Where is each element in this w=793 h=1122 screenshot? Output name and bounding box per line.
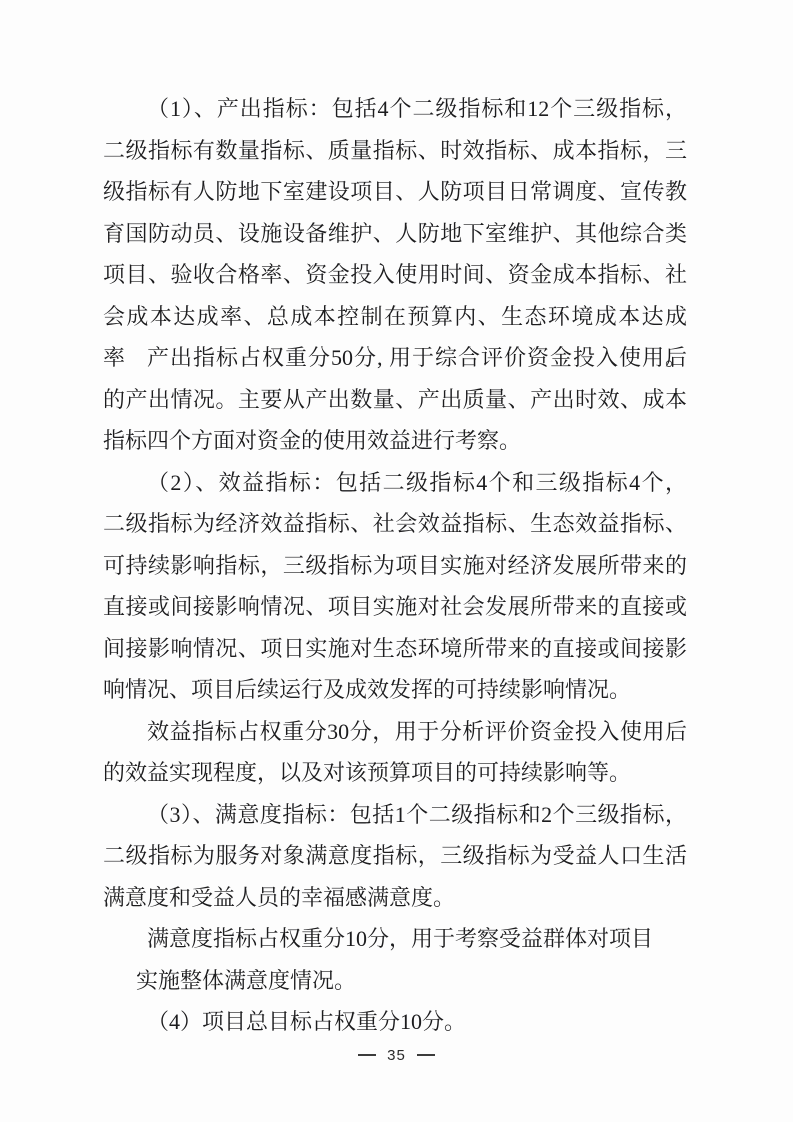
text-line: 项目、验收合格率、资金投入使用时间、资金成本指标、社 xyxy=(103,254,687,296)
text-body: （1）、产出指标：包括4个二级指标和12个三级指标， 二级指标有数量指标、质量指… xyxy=(103,88,687,1043)
text-line: （1）、产出指标：包括4个二级指标和12个三级指标， xyxy=(103,88,687,130)
text-line: 会成本达成率、总成本控制在预算内、生态环境成本达成率。 xyxy=(103,296,687,338)
text-line: 的效益实现程度，以及对该预算项目的可持续影响等。 xyxy=(103,752,687,794)
text-line: （4）项目总目标占权重分10分。 xyxy=(103,1001,687,1043)
text-line: 满意度指标占权重分10分，用于考察受益群体对项目 xyxy=(103,918,687,960)
text-line: 级指标有人防地下室建设项目、人防项目日常调度、宣传教 xyxy=(103,171,687,213)
text-line: 二级指标有数量指标、质量指标、时效指标、成本指标，三 xyxy=(103,130,687,172)
text-line: 实施整体满意度情况。 xyxy=(103,960,687,1002)
text-line: 的产出情况。主要从产出数量、产出质量、产出时效、成本 xyxy=(103,379,687,421)
text-line: 产出指标占权重分50分, 用于综合评价资金投入使用后 xyxy=(103,337,687,379)
text-line: 满意度和受益人员的幸福感满意度。 xyxy=(103,877,687,919)
text-line: 可持续影响指标，三级指标为项目实施对经济发展所带来的 xyxy=(103,545,687,587)
text-line: 效益指标占权重分30分，用于分析评价资金投入使用后 xyxy=(103,711,687,753)
footer-dash-right xyxy=(417,1054,435,1056)
text-line: （3）、满意度指标：包括1个二级指标和2个三级指标， xyxy=(103,794,687,836)
page-footer: 35 xyxy=(0,1044,793,1066)
text-line: （2）、效益指标：包括二级指标4个和三级指标4个， xyxy=(103,462,687,504)
document-page: （1）、产出指标：包括4个二级指标和12个三级指标， 二级指标有数量指标、质量指… xyxy=(0,0,793,1122)
footer-dash-left xyxy=(358,1054,376,1056)
text-line: 二级指标为服务对象满意度指标，三级指标为受益人口生活 xyxy=(103,835,687,877)
text-line: 二级指标为经济效益指标、社会效益指标、生态效益指标、 xyxy=(103,503,687,545)
text-line: 间接影响情况、项日实施对生态环境所带来的直接或间接影 xyxy=(103,628,687,670)
page-number: 35 xyxy=(387,1047,406,1064)
text-line: 育国防动员、设施设备维护、人防地下室维护、其他综合类 xyxy=(103,213,687,255)
text-line: 响情况、项目后续运行及成效发挥的可持续影响情况。 xyxy=(103,669,687,711)
text-line: 直接或间接影响情况、项目实施对社会发展所带来的直接或 xyxy=(103,586,687,628)
text-line: 指标四个方面对资金的使用效益进行考察。 xyxy=(103,420,687,462)
